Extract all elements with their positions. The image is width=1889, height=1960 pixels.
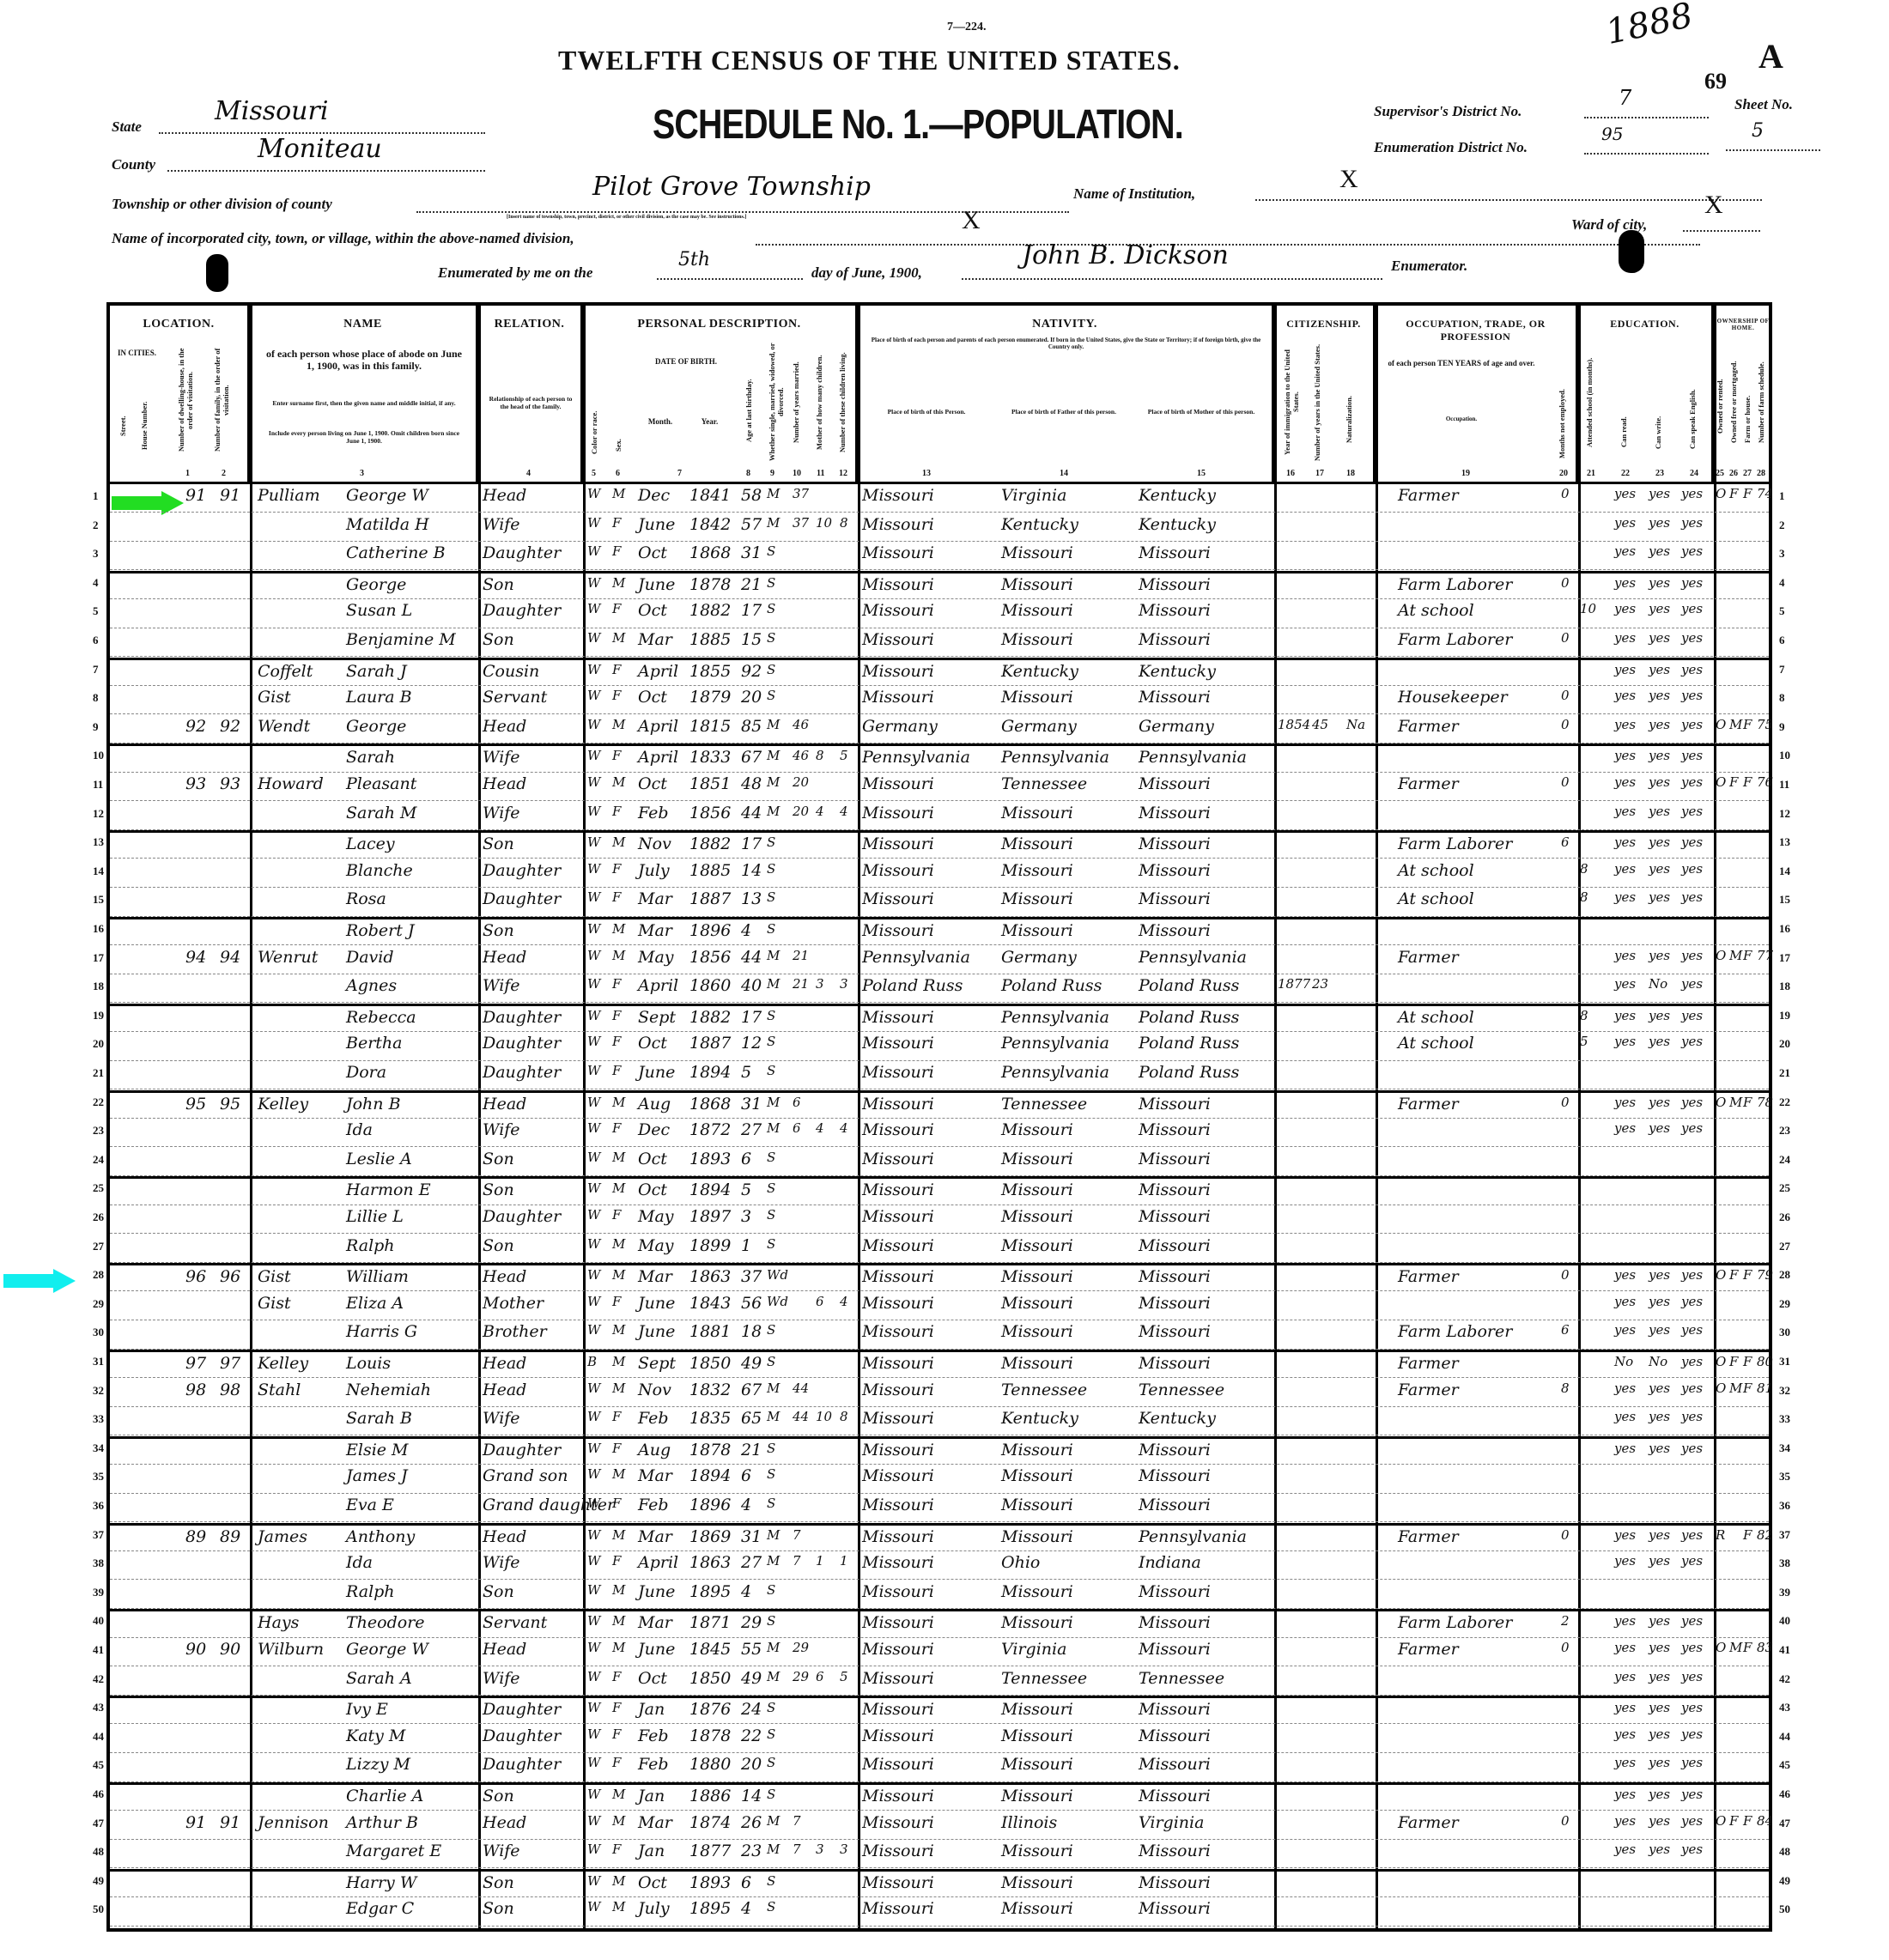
incorporated-value: X xyxy=(962,206,981,235)
occupation: Farm Laborer xyxy=(1398,575,1512,594)
birthplace-mother: Missouri xyxy=(1139,601,1211,620)
relation: Head xyxy=(483,774,526,793)
row-number-left: 33 xyxy=(93,1412,104,1426)
sex: M xyxy=(612,1640,625,1655)
owned-rented: O xyxy=(1716,1354,1726,1369)
given-name: George xyxy=(346,575,406,594)
birth-year: 1878 xyxy=(689,1441,731,1459)
given-name: Robert J xyxy=(346,921,415,940)
free-mortgaged: F xyxy=(1729,486,1738,501)
marital-status: Wd xyxy=(767,1294,788,1309)
can-write: yes xyxy=(1649,717,1670,732)
table-row: LaceySonWMNov188217SMissouriMissouriMiss… xyxy=(110,830,1769,859)
birth-month: Feb xyxy=(638,1409,669,1428)
birthplace-father: Germany xyxy=(1001,948,1077,967)
sex: F xyxy=(612,861,621,877)
table-row: RalphSonWMMay18991SMissouriMissouriMisso… xyxy=(110,1235,1769,1263)
birthplace-person: Missouri xyxy=(862,1034,934,1053)
row-number-right: 36 xyxy=(1779,1499,1790,1513)
years-in-us: 45 xyxy=(1312,717,1328,732)
age: 12 xyxy=(741,1034,762,1053)
free-mortgaged: F xyxy=(1729,1267,1738,1283)
birth-month: Feb xyxy=(638,1496,669,1514)
birthplace-mother: Missouri xyxy=(1139,1726,1211,1745)
header-relation: RELATION. Relationship of each person to… xyxy=(478,306,583,484)
years-married: 44 xyxy=(793,1380,809,1396)
dwelling-number: 93 xyxy=(185,774,206,793)
can-read: yes xyxy=(1614,1409,1636,1424)
can-speak-english: yes xyxy=(1681,1553,1703,1569)
row-number-right: 3 xyxy=(1779,547,1785,561)
birthplace-father: Missouri xyxy=(1001,1787,1073,1805)
birthplace-mother: Kentucky xyxy=(1139,515,1216,534)
age: 17 xyxy=(741,834,762,853)
color: W xyxy=(587,1063,600,1078)
sex: M xyxy=(612,486,625,501)
years-married: 7 xyxy=(793,1842,801,1857)
table-row: CoffeltSarah JCousinWFApril185592SMissou… xyxy=(110,658,1769,686)
birth-year: 1879 xyxy=(689,688,731,707)
occupation: Farmer xyxy=(1398,948,1459,967)
can-read: yes xyxy=(1614,1700,1636,1715)
table-row: 9494WenrutDavidHeadWMMay185644M21Pennsyl… xyxy=(110,946,1769,974)
birth-year: 1850 xyxy=(689,1354,731,1373)
mother-of-children: 4 xyxy=(816,804,824,819)
color: W xyxy=(587,1582,600,1598)
can-read: yes xyxy=(1614,630,1636,646)
row-number-right: 50 xyxy=(1779,1902,1790,1916)
farm-house: F xyxy=(1743,1527,1752,1543)
birth-month: June xyxy=(638,1322,675,1341)
color: W xyxy=(587,774,600,790)
birthplace-mother: Pennsylvania xyxy=(1139,1527,1247,1546)
dwelling-number: 90 xyxy=(185,1640,206,1659)
can-read: yes xyxy=(1614,861,1636,877)
color: W xyxy=(587,976,600,992)
years-married: 21 xyxy=(793,948,809,963)
given-name: Catherine B xyxy=(346,543,446,562)
relation: Wife xyxy=(483,1842,520,1860)
can-read: yes xyxy=(1614,688,1636,703)
stamp-number: 69 xyxy=(1704,69,1727,94)
birthplace-person: Missouri xyxy=(862,1787,934,1805)
birth-year: 1856 xyxy=(689,804,731,822)
can-read: yes xyxy=(1614,1813,1636,1829)
dwelling-number: 94 xyxy=(185,948,206,967)
relation: Wife xyxy=(483,1553,520,1572)
marital-status: M xyxy=(767,774,780,790)
row-number-left: 18 xyxy=(93,980,104,993)
supervisor-label: Supervisor's District No. xyxy=(1374,103,1522,120)
can-read: yes xyxy=(1614,1380,1636,1396)
relation: Head xyxy=(483,1640,526,1659)
birth-month: Mar xyxy=(638,889,672,908)
family-number: 90 xyxy=(220,1640,240,1659)
sex: M xyxy=(612,1466,625,1482)
row-number-right: 30 xyxy=(1779,1326,1790,1339)
given-name: Lacey xyxy=(346,834,395,853)
marital-status: S xyxy=(767,1582,775,1598)
birth-month: June xyxy=(638,1063,675,1082)
color: W xyxy=(587,1294,600,1309)
row-number-left: 6 xyxy=(93,634,99,647)
birthplace-mother: Virginia xyxy=(1139,1813,1204,1832)
dwelling-number: 92 xyxy=(185,717,206,736)
mother-of-children: 4 xyxy=(816,1120,824,1136)
can-write: yes xyxy=(1649,1813,1670,1829)
can-write: yes xyxy=(1649,948,1670,963)
sex: F xyxy=(612,1409,621,1424)
birth-month: Feb xyxy=(638,804,669,822)
table-row: 9292WendtGeorgeHeadWMApril181585M46Germa… xyxy=(110,715,1769,743)
can-speak-english: yes xyxy=(1681,1613,1703,1629)
color: W xyxy=(587,1409,600,1424)
age: 4 xyxy=(741,1582,751,1601)
table-row: HaysTheodoreServantWMMar187129SMissouriM… xyxy=(110,1609,1769,1637)
row-number-right: 37 xyxy=(1779,1528,1790,1542)
sex: F xyxy=(612,1553,621,1569)
birth-month: Feb xyxy=(638,1726,669,1745)
birthplace-mother: Pennsylvania xyxy=(1139,948,1247,967)
birthplace-father: Tennessee xyxy=(1001,1669,1087,1688)
color: W xyxy=(587,1755,600,1770)
marital-status: S xyxy=(767,1354,775,1369)
birthplace-person: Missouri xyxy=(862,1120,934,1139)
birthplace-father: Tennessee xyxy=(1001,1380,1087,1399)
sex: F xyxy=(612,1726,621,1742)
birthplace-father: Missouri xyxy=(1001,1873,1073,1892)
marital-status: M xyxy=(767,1842,780,1857)
row-number-right: 7 xyxy=(1779,663,1785,677)
can-read: yes xyxy=(1614,948,1636,963)
table-header: LOCATION. IN CITIES. Street. House Numbe… xyxy=(110,306,1769,484)
months-unemployed: 0 xyxy=(1561,774,1570,790)
birthplace-person: Missouri xyxy=(862,889,934,908)
given-name: William xyxy=(346,1267,409,1286)
color: W xyxy=(587,1095,600,1110)
birthplace-mother: Missouri xyxy=(1139,889,1211,908)
relation: Head xyxy=(483,486,526,505)
birth-month: Dec xyxy=(638,1120,670,1139)
birthplace-mother: Missouri xyxy=(1139,1150,1211,1168)
age: 15 xyxy=(741,630,762,649)
surname: Jennison xyxy=(258,1813,329,1832)
family-number: 92 xyxy=(220,717,240,736)
immigration-year: 1854 xyxy=(1278,717,1310,732)
marital-status: S xyxy=(767,1236,775,1252)
sex: F xyxy=(612,748,621,763)
relation: Daughter xyxy=(483,601,561,620)
birthplace-father: Illinois xyxy=(1001,1813,1057,1832)
birthplace-father: Missouri xyxy=(1001,688,1073,707)
sex: F xyxy=(612,1008,621,1023)
given-name: Elsie M xyxy=(346,1441,409,1459)
row-number-left: 8 xyxy=(93,691,99,705)
age: 37 xyxy=(741,1267,762,1286)
age: 20 xyxy=(741,1755,762,1774)
sex: F xyxy=(612,515,621,531)
ward-line xyxy=(1683,230,1760,232)
months-unemployed: 0 xyxy=(1561,1813,1570,1829)
children-living: 3 xyxy=(840,976,848,992)
occupation: At school xyxy=(1398,861,1474,880)
color: W xyxy=(587,1813,600,1829)
birthplace-person: Missouri xyxy=(862,861,934,880)
birthplace-father: Kentucky xyxy=(1001,662,1078,681)
can-read: yes xyxy=(1614,834,1636,850)
age: 6 xyxy=(741,1150,751,1168)
sex: F xyxy=(612,1842,621,1857)
row-number-left: 48 xyxy=(93,1845,104,1859)
birth-month: Oct xyxy=(638,1873,667,1892)
farm-schedule: 77 xyxy=(1757,948,1773,963)
occupation: At school xyxy=(1398,1008,1474,1027)
age: 40 xyxy=(741,976,762,995)
given-name: George xyxy=(346,717,406,736)
birthplace-father: Missouri xyxy=(1001,1466,1073,1485)
row-number-right: 22 xyxy=(1779,1095,1790,1109)
owned-rented: O xyxy=(1716,1267,1726,1283)
age: 17 xyxy=(741,1008,762,1027)
birthplace-father: Ohio xyxy=(1001,1553,1040,1572)
birth-year: 1878 xyxy=(689,575,731,594)
free-mortgaged: M xyxy=(1729,1095,1742,1110)
sheet-no-label: Sheet No. xyxy=(1734,96,1793,113)
months-unemployed: 0 xyxy=(1561,1267,1570,1283)
can-speak-english: yes xyxy=(1681,889,1703,905)
can-write: yes xyxy=(1649,543,1670,559)
farm-house: F xyxy=(1743,1640,1752,1655)
age: 44 xyxy=(741,948,762,967)
given-name: Arthur B xyxy=(346,1813,418,1832)
birthplace-father: Germany xyxy=(1001,717,1077,736)
birth-year: 1880 xyxy=(689,1755,731,1774)
years-married: 37 xyxy=(793,486,809,501)
relation: Head xyxy=(483,1527,526,1546)
county-line xyxy=(167,170,485,172)
naturalization: Na xyxy=(1346,717,1365,732)
row-number-left: 26 xyxy=(93,1211,104,1224)
birthplace-mother: Missouri xyxy=(1139,861,1211,880)
birthplace-person: Pennsylvania xyxy=(862,948,970,967)
birthplace-person: Missouri xyxy=(862,1409,934,1428)
age: 58 xyxy=(741,486,762,505)
birthplace-father: Missouri xyxy=(1001,1267,1073,1286)
marital-status: M xyxy=(767,948,780,963)
can-read: yes xyxy=(1614,601,1636,616)
row-number-left: 44 xyxy=(93,1730,104,1744)
relation: Son xyxy=(483,1873,514,1892)
can-write: yes xyxy=(1649,1527,1670,1543)
table-row: GeorgeSonWMJune187821SMissouriMissouriMi… xyxy=(110,571,1769,599)
color: W xyxy=(587,662,600,677)
given-name: Sarah J xyxy=(346,662,407,681)
can-speak-english: yes xyxy=(1681,748,1703,763)
birthplace-person: Missouri xyxy=(862,1582,934,1601)
marital-status: S xyxy=(767,543,775,559)
birth-month: Sept xyxy=(638,1354,676,1373)
row-number-right: 13 xyxy=(1779,835,1790,849)
relation: Daughter xyxy=(483,1207,561,1226)
surname: Coffelt xyxy=(258,662,313,681)
can-write: yes xyxy=(1649,688,1670,703)
relation: Brother xyxy=(483,1322,547,1341)
farm-house: F xyxy=(1743,1267,1752,1283)
years-married: 37 xyxy=(793,515,809,531)
color: W xyxy=(587,921,600,937)
years-married: 7 xyxy=(793,1553,801,1569)
birthplace-person: Poland Russ xyxy=(862,976,963,995)
occupation: At school xyxy=(1398,1034,1474,1053)
row-number-left: 23 xyxy=(93,1124,104,1138)
birthplace-father: Missouri xyxy=(1001,1700,1073,1719)
birthplace-mother: Missouri xyxy=(1139,1236,1211,1255)
owned-rented: O xyxy=(1716,774,1726,790)
years-married: 7 xyxy=(793,1527,801,1543)
can-speak-english: yes xyxy=(1681,1380,1703,1396)
relation: Wife xyxy=(483,804,520,822)
birth-month: Oct xyxy=(638,774,667,793)
color: W xyxy=(587,717,600,732)
sex: M xyxy=(612,1787,625,1802)
relation: Son xyxy=(483,1787,514,1805)
marital-status: M xyxy=(767,1527,780,1543)
birthplace-father: Virginia xyxy=(1001,486,1066,505)
can-speak-english: yes xyxy=(1681,861,1703,877)
birth-year: 1895 xyxy=(689,1899,731,1918)
color: W xyxy=(587,948,600,963)
row-number-right: 2 xyxy=(1779,519,1785,532)
age: 5 xyxy=(741,1180,751,1199)
birthplace-person: Pennsylvania xyxy=(862,748,970,767)
birthplace-father: Missouri xyxy=(1001,601,1073,620)
row-number-left: 4 xyxy=(93,576,99,590)
birth-month: Jan xyxy=(638,1700,665,1719)
birthplace-mother: Poland Russ xyxy=(1139,1063,1239,1082)
birth-year: 1851 xyxy=(689,774,731,793)
birthplace-mother: Pennsylvania xyxy=(1139,748,1247,767)
birthplace-person: Missouri xyxy=(862,1441,934,1459)
age: 49 xyxy=(741,1669,762,1688)
day-of-june-label: day of June, 1900, xyxy=(811,264,922,282)
birth-month: Oct xyxy=(638,1034,667,1053)
birthplace-mother: Indiana xyxy=(1139,1553,1201,1572)
sex: M xyxy=(612,921,625,937)
birthplace-person: Missouri xyxy=(862,1899,934,1918)
header-education: EDUCATION. Attended school (in months). … xyxy=(1578,306,1714,484)
birthplace-father: Missouri xyxy=(1001,1842,1073,1860)
marital-status: M xyxy=(767,515,780,531)
birth-year: 1868 xyxy=(689,543,731,562)
sex: F xyxy=(612,1120,621,1136)
color: W xyxy=(587,1120,600,1136)
given-name: Lillie L xyxy=(346,1207,404,1226)
farm-schedule: 83 xyxy=(1757,1640,1773,1655)
birthplace-mother: Kentucky xyxy=(1139,662,1216,681)
given-name: Ivy E xyxy=(346,1700,388,1719)
can-write: yes xyxy=(1649,1267,1670,1283)
county-value: Moniteau xyxy=(258,134,382,164)
table-row: RebeccaDaughterWFSept188217SMissouriPenn… xyxy=(110,1004,1769,1032)
given-name: John B xyxy=(346,1095,401,1113)
row-number-left: 32 xyxy=(93,1384,104,1398)
age: 13 xyxy=(741,889,762,908)
relation: Mother xyxy=(483,1294,544,1313)
occupation: Farm Laborer xyxy=(1398,630,1512,649)
row-number-right: 24 xyxy=(1779,1153,1790,1167)
relation: Servant xyxy=(483,688,547,707)
can-read: yes xyxy=(1614,543,1636,559)
sex: M xyxy=(612,1267,625,1283)
table-row: DoraDaughterWFJune18945SMissouriPennsylv… xyxy=(110,1061,1769,1089)
free-mortgaged: F xyxy=(1729,774,1738,790)
free-mortgaged: M xyxy=(1729,1640,1742,1655)
birth-month: May xyxy=(638,1207,674,1226)
can-read: yes xyxy=(1614,1755,1636,1770)
row-number-left: 49 xyxy=(93,1874,104,1888)
children-living: 8 xyxy=(840,1409,848,1424)
birthplace-father: Missouri xyxy=(1001,1180,1073,1199)
children-living: 8 xyxy=(840,515,848,531)
given-name: Eliza A xyxy=(346,1294,404,1313)
given-name: Matilda H xyxy=(346,515,429,534)
birthplace-person: Missouri xyxy=(862,1207,934,1226)
sex: M xyxy=(612,1095,625,1110)
birthplace-mother: Missouri xyxy=(1139,1294,1211,1313)
can-read: yes xyxy=(1614,1787,1636,1802)
birthplace-person: Missouri xyxy=(862,1095,934,1113)
sex: M xyxy=(612,774,625,790)
age: 55 xyxy=(741,1640,762,1659)
months-unemployed: 0 xyxy=(1561,1640,1570,1655)
owned-rented: R xyxy=(1716,1527,1725,1543)
birthplace-mother: Kentucky xyxy=(1139,486,1216,505)
can-speak-english: yes xyxy=(1681,1120,1703,1136)
birth-year: 1893 xyxy=(689,1150,731,1168)
birthplace-mother: Missouri xyxy=(1139,1120,1211,1139)
birthplace-father: Missouri xyxy=(1001,1582,1073,1601)
relation: Wife xyxy=(483,1669,520,1688)
birth-month: Oct xyxy=(638,601,667,620)
given-name: Agnes xyxy=(346,976,397,995)
months-unemployed: 6 xyxy=(1561,1322,1570,1338)
header-occupation: OCCUPATION, TRADE, OR PROFESSION of each… xyxy=(1376,306,1578,484)
color: W xyxy=(587,1553,600,1569)
relation: Head xyxy=(483,1380,526,1399)
birthplace-mother: Missouri xyxy=(1139,1441,1211,1459)
owned-rented: O xyxy=(1716,948,1726,963)
birthplace-person: Missouri xyxy=(862,575,934,594)
color: W xyxy=(587,1873,600,1889)
row-number-left: 7 xyxy=(93,663,99,677)
occupation: At school xyxy=(1398,601,1474,620)
farm-schedule: 76 xyxy=(1757,774,1773,790)
age: 26 xyxy=(741,1813,762,1832)
sex: M xyxy=(612,1813,625,1829)
given-name: Ralph xyxy=(346,1236,395,1255)
birthplace-mother: Missouri xyxy=(1139,1180,1211,1199)
state-label: State xyxy=(112,118,142,136)
relation: Daughter xyxy=(483,1008,561,1027)
relation: Daughter xyxy=(483,1034,561,1053)
given-name: Harris G xyxy=(346,1322,417,1341)
relation: Son xyxy=(483,630,514,649)
row-number-left: 24 xyxy=(93,1153,104,1167)
enum-district-label: Enumeration District No. xyxy=(1374,139,1528,156)
dwelling-number: 89 xyxy=(185,1527,206,1546)
age: 27 xyxy=(741,1120,762,1139)
dwelling-number: 91 xyxy=(185,1813,206,1832)
